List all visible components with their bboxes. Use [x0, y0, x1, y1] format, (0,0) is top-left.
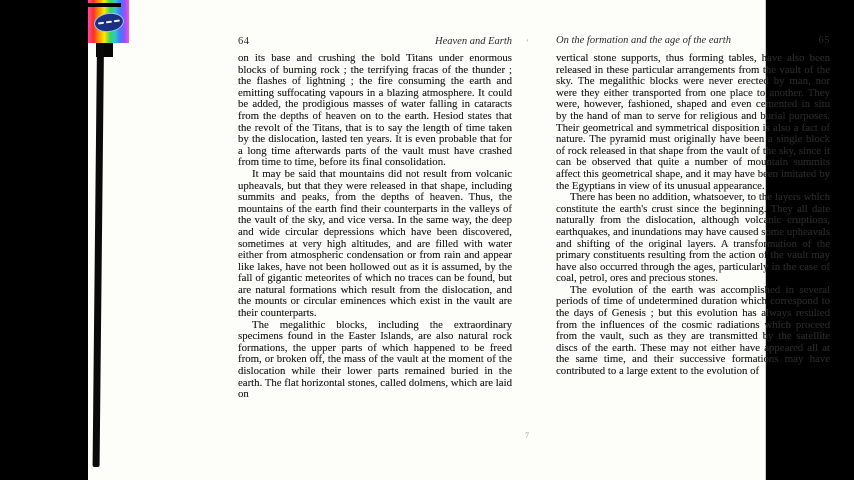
left-page-number: 64 [238, 36, 250, 47]
scan-speck-bottom: 7 [525, 431, 529, 440]
right-page-header: On the formation and the age of the eart… [556, 35, 830, 46]
right-paragraph-1: vertical stone supports, thus forming ta… [556, 53, 830, 192]
left-running-title: Heaven and Earth [435, 36, 512, 47]
logo-text-mark [98, 22, 104, 25]
left-page-header: 64 Heaven and Earth [238, 36, 512, 47]
book-page-spread: 64 Heaven and Earth on its base and crus… [88, 0, 766, 480]
video-frame: 64 Heaven and Earth on its base and crus… [0, 0, 854, 480]
scan-speck-top: ’ [526, 38, 529, 47]
logo-oval-icon [93, 11, 125, 34]
right-paragraph-3: The evolution of the earth was accomplis… [556, 285, 830, 378]
left-paragraph-1: on its base and crushing the bold Titans… [238, 53, 512, 169]
logo-text-mark [114, 19, 120, 22]
right-page-text: vertical stone supports, thus forming ta… [556, 53, 830, 378]
rainbow-tv-logo-icon [88, 0, 129, 43]
logo-top-bar [88, 3, 121, 7]
right-running-title: On the formation and the age of the eart… [556, 35, 731, 46]
left-page-text: on its base and crushing the bold Titans… [238, 53, 512, 401]
logo-text-mark [106, 21, 112, 24]
left-paragraph-2: It may be said that mountains did not re… [238, 169, 512, 320]
right-paragraph-2: There has been no addition, whatsoever, … [556, 192, 830, 285]
right-page-number: 65 [819, 35, 831, 46]
left-paragraph-3: The megalithic blocks, including the ext… [238, 320, 512, 401]
